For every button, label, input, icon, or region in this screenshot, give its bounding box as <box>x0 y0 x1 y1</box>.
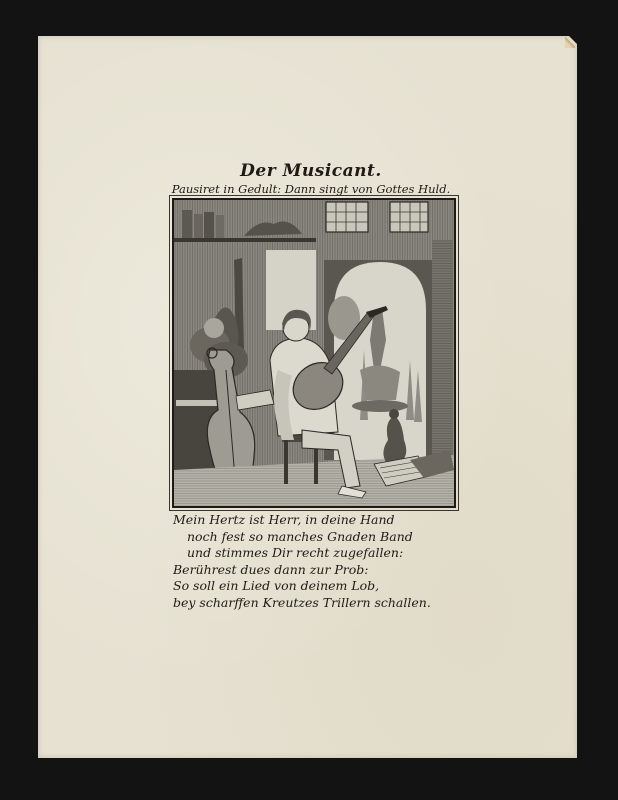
verse-line: So soll ein Lied von deinem Lob, <box>173 578 473 595</box>
engraving-image <box>172 198 456 508</box>
print-subtitle: Pausiret in Gedult: Dann singt von Gotte… <box>166 182 456 196</box>
verse-line: noch fest so manches Gnaden Band <box>173 529 473 546</box>
verse-line: Mein Hertz ist Herr, in deine Hand <box>173 512 473 529</box>
verse-line: bey scharffen Kreutzes Trillern schallen… <box>173 595 473 612</box>
print-title: Der Musicant. <box>166 161 456 181</box>
verse-line: und stimmes Dir recht zugefallen: <box>173 545 473 562</box>
musician-scene-illustration <box>174 200 454 506</box>
verse-text: Mein Hertz ist Herr, in deine Hand noch … <box>173 512 473 611</box>
caption-header: Der Musicant. Pausiret in Gedult: Dann s… <box>166 161 456 196</box>
paper-sheet: Der Musicant. Pausiret in Gedult: Dann s… <box>38 36 577 758</box>
window-left <box>326 202 368 232</box>
verse-line: Berührest dues dann zur Prob: <box>173 562 473 579</box>
window-right <box>390 202 428 232</box>
